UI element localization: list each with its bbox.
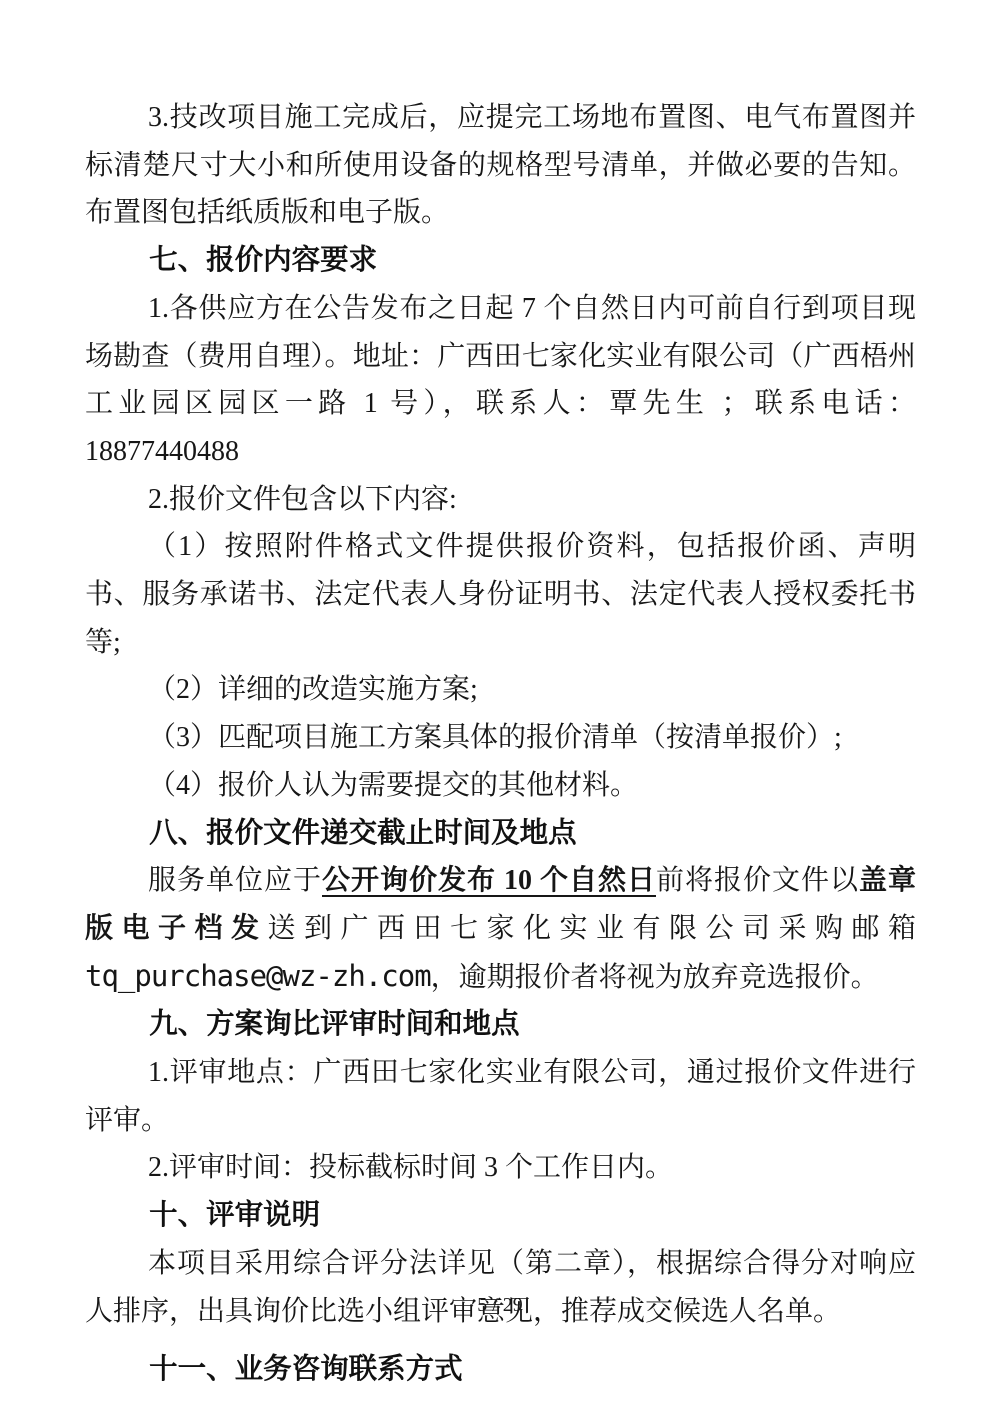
paragraph-quote-file-contents-intro: 2.报价文件包含以下内容: — [85, 476, 916, 524]
submission-text-tail: ，逾期报价者将视为放弃竞选报价。 — [431, 962, 879, 993]
document-body: 3.技改项目施工完成后，应提完工场地布置图、电气布置图并标清楚尺寸大小和所使用设… — [85, 94, 916, 1394]
section-heading-11-business-contact: 十一、业务咨询联系方式 — [85, 1346, 916, 1394]
section-heading-10-review-notes: 十、评审说明 — [85, 1192, 916, 1240]
paragraph-review-time: 2.评审时间：投标截标时间 3 个工作日内。 — [85, 1144, 916, 1192]
list-item-quote-list: （3）匹配项目施工方案具体的报价清单（按清单报价）; — [85, 714, 916, 762]
section-heading-8-submission-deadline: 八、报价文件递交截止时间及地点 — [85, 810, 916, 858]
paragraph-review-location: 1.评审地点：广西田七家化实业有限公司，通过报价文件进行评审。 — [85, 1049, 916, 1144]
submission-text-mailbox: 送到广西田七家化实业有限公司采购邮箱 — [268, 913, 916, 944]
section-heading-7-quote-content-requirements: 七、报价内容要求 — [85, 237, 916, 285]
submission-deadline-emphasis: 公开询价发布 10 个自然日 — [322, 865, 656, 896]
submission-text-mid: 前将报价文件以 — [656, 865, 859, 896]
submission-text-lead: 服务单位应于 — [148, 865, 322, 896]
paragraph-construction-requirement: 3.技改项目施工完成后，应提完工场地布置图、电气布置图并标清楚尺寸大小和所使用设… — [85, 94, 916, 237]
paragraph-submission-instructions: 服务单位应于公开询价发布 10 个自然日前将报价文件以盖章版电子档发送到广西田七… — [85, 857, 916, 1001]
document-page: 3.技改项目施工完成后，应提完工场地布置图、电气布置图并标清楚尺寸大小和所使用设… — [0, 0, 1000, 1414]
page-number: 5 / 29 — [0, 1294, 1000, 1317]
list-item-other-materials: （4）报价人认为需要提交的其他材料。 — [85, 762, 916, 810]
list-item-quote-materials: （1）按照附件格式文件提供报价资料，包括报价函、声明书、服务承诺书、法定代表人身… — [85, 523, 916, 666]
section-heading-9-review-time-place: 九、方案询比评审时间和地点 — [85, 1001, 916, 1049]
paragraph-scoring-method: 本项目采用综合评分法详见（第二章），根据综合得分对响应人排序，出具询价比选小组评… — [85, 1240, 916, 1335]
procurement-email-address: tq_purchase@wz-zh.com — [85, 959, 431, 993]
list-item-implementation-plan: （2）详细的改造实施方案; — [85, 666, 916, 714]
paragraph-site-survey-contact: 1.各供应方在公告发布之日起 7 个自然日内可前自行到项目现场勘查（费用自理）。… — [85, 285, 916, 476]
